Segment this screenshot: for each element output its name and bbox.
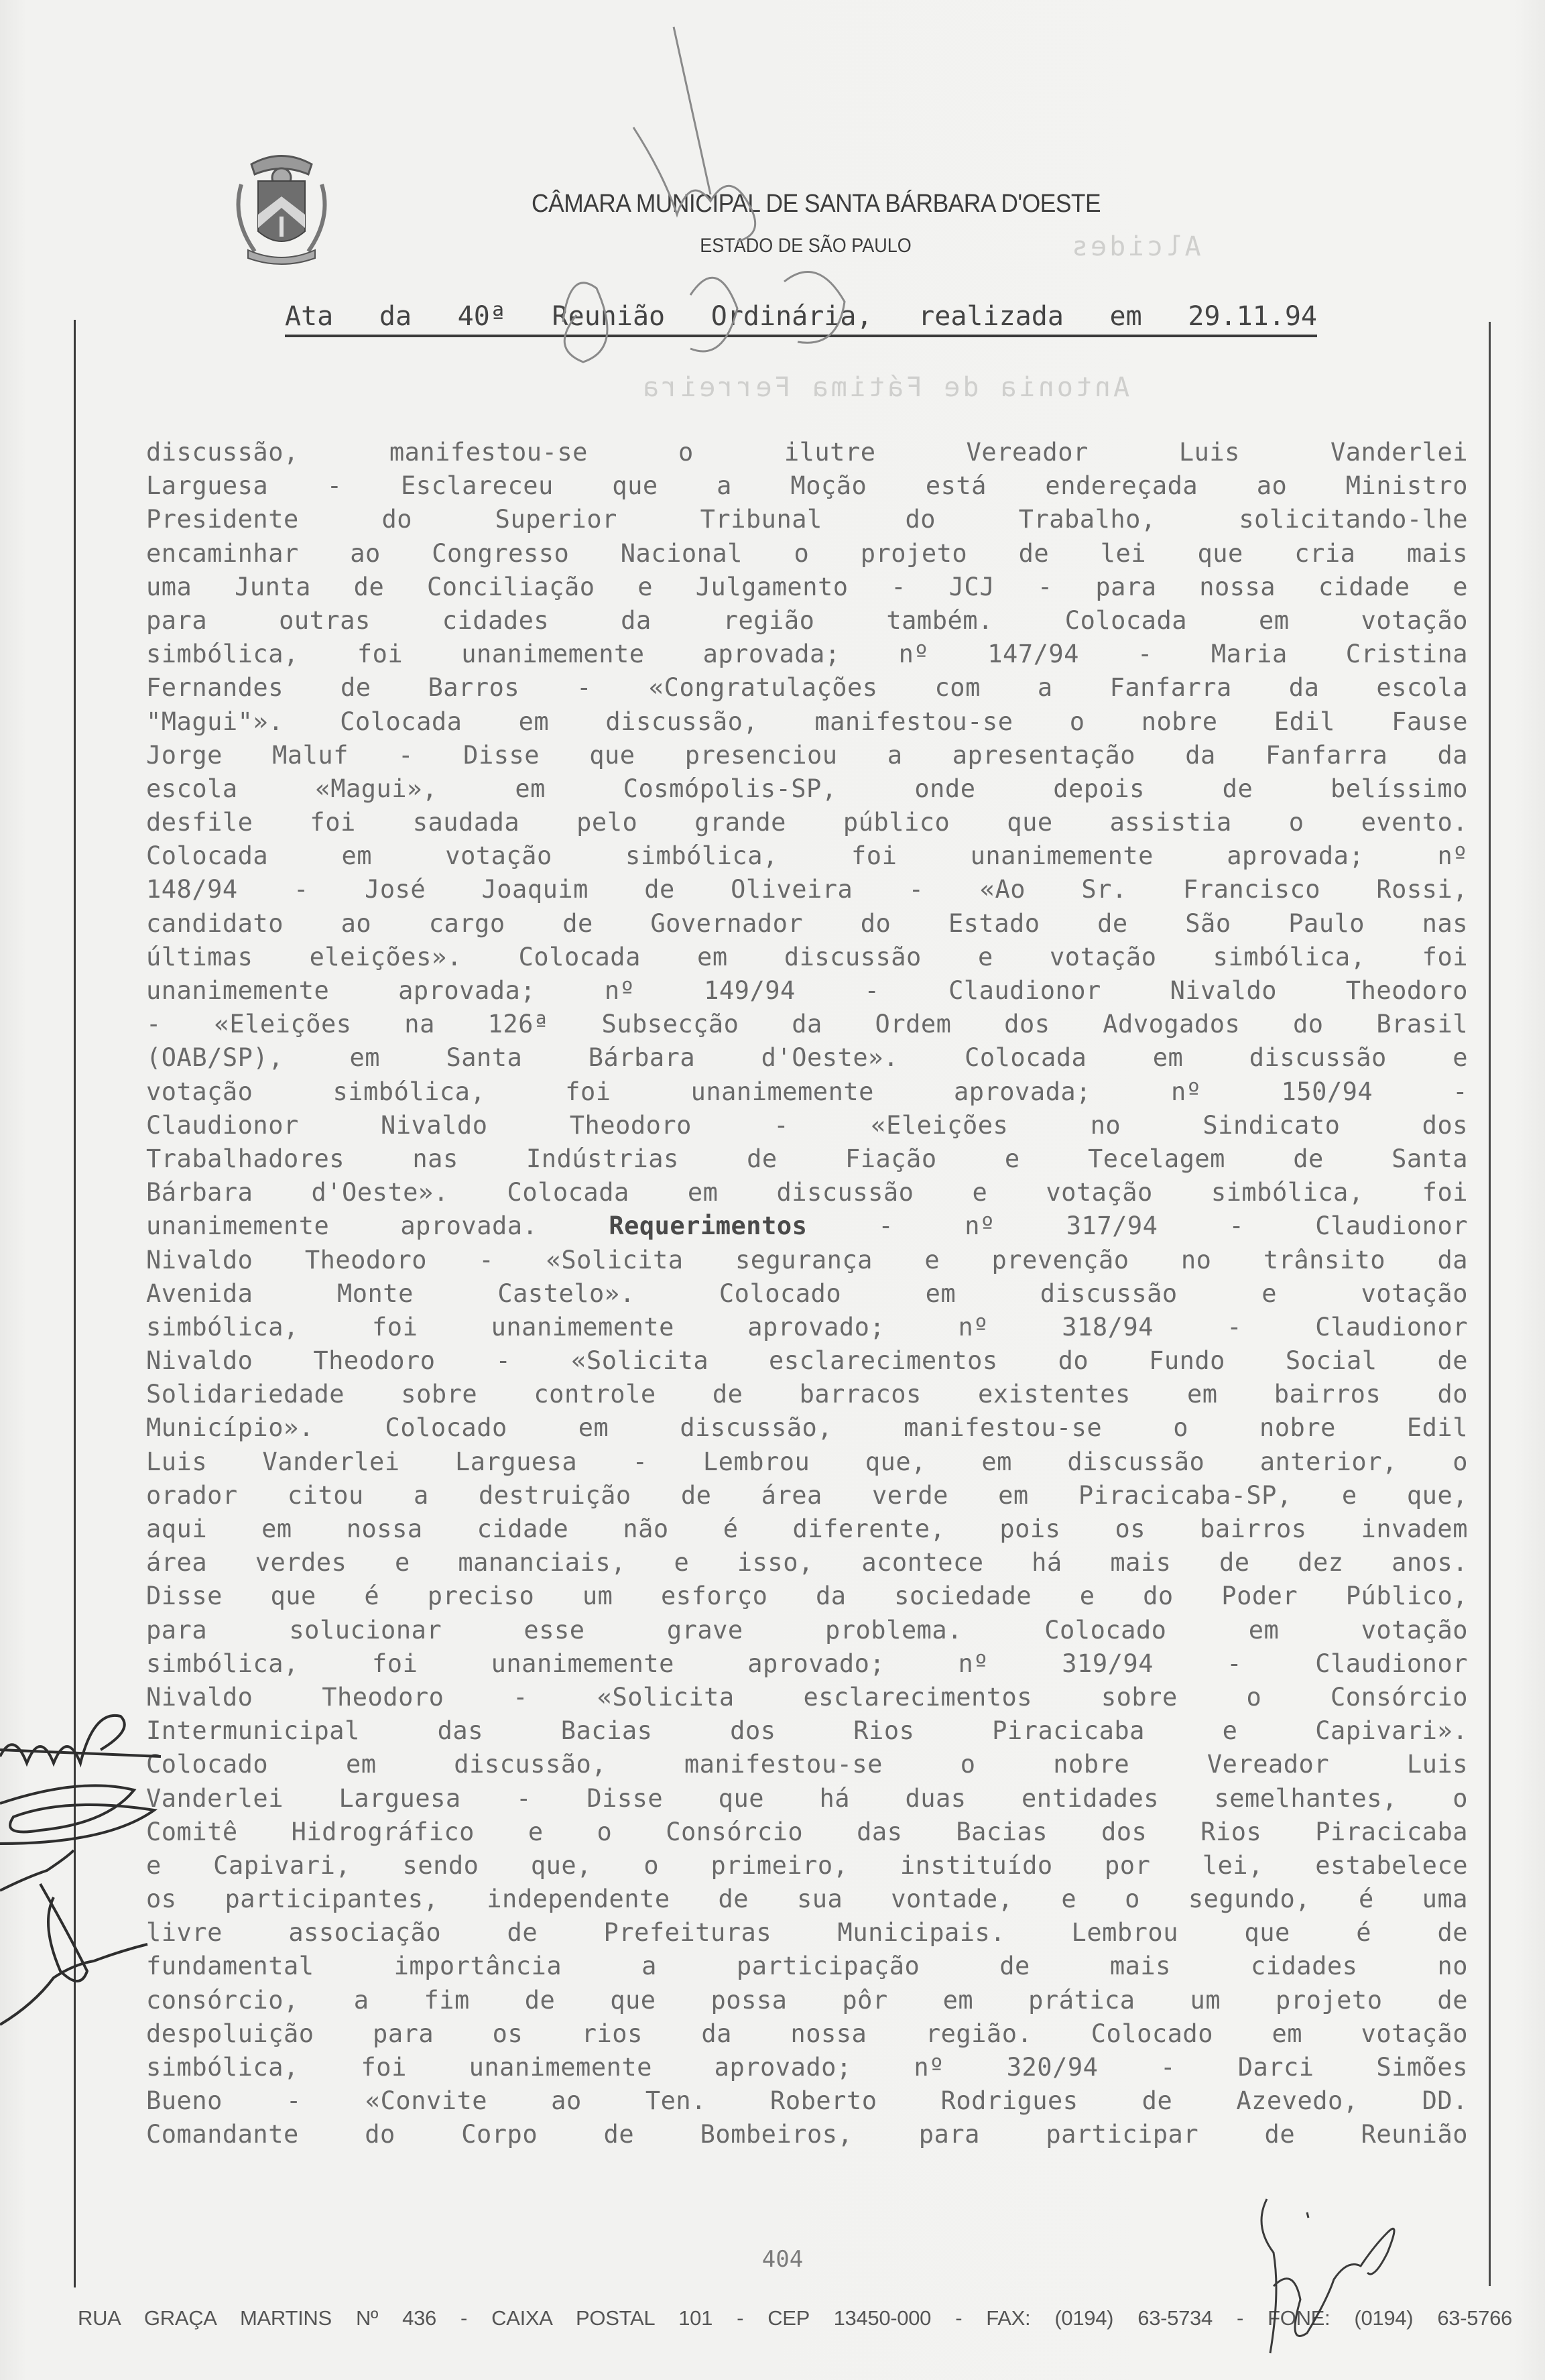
minutes-line: Intermunicipal das Bacias dos Rios Pirac… xyxy=(146,1714,1468,1748)
minutes-line: livre associação de Prefeituras Municipa… xyxy=(146,1916,1468,1950)
minutes-line: orador citou a destruição de área verde … xyxy=(146,1479,1468,1512)
minutes-line: Colocada em votação simbólica, foi unani… xyxy=(146,839,1468,873)
minutes-line: unanimemente aprovada; nº 149/94 - Claud… xyxy=(146,974,1468,1008)
minutes-line: para solucionar esse grave problema. Col… xyxy=(146,1614,1468,1647)
title-underline xyxy=(285,335,1317,337)
minutes-line: Nivaldo Theodoro - «Solicita segurança e… xyxy=(146,1244,1468,1277)
minutes-line: para outras cidades da região também. Co… xyxy=(146,604,1468,638)
bleed-through-name: Antonia de Fátima Ferreira xyxy=(640,372,1129,403)
minutes-line: fundamental importância a participação d… xyxy=(146,1950,1468,1983)
minutes-line: consórcio, a fim de que possa pôr em prá… xyxy=(146,1984,1468,2017)
minutes-line: Vanderlei Larguesa - Disse que há duas e… xyxy=(146,1782,1468,1816)
minutes-line: simbólica, foi unanimemente aprovada; nº… xyxy=(146,638,1468,671)
minutes-line: Fernandes de Barros - «Congratulações co… xyxy=(146,671,1468,705)
minutes-line: simbólica, foi unanimemente aprovado; nº… xyxy=(146,2051,1468,2084)
footer-address: RUA GRAÇA MARTINS Nº 436 - CAIXA POSTAL … xyxy=(78,2306,1512,2330)
minutes-line: Claudionor Nivaldo Theodoro - «Eleições … xyxy=(146,1109,1468,1142)
minutes-line: Presidente do Superior Tribunal do Traba… xyxy=(146,503,1468,536)
minutes-line: Avenida Monte Castelo». Colocado em disc… xyxy=(146,1277,1468,1311)
minutes-line: Larguesa - Esclareceu que a Moção está e… xyxy=(146,469,1468,503)
minutes-line: escola «Magui», em Cosmópolis-SP, onde d… xyxy=(146,772,1468,806)
minutes-line: área verdes e mananciais, e isso, aconte… xyxy=(146,1546,1468,1580)
page-number: 404 xyxy=(0,2246,1545,2273)
minutes-line: votação simbólica, foi unanimemente apro… xyxy=(146,1075,1468,1109)
minutes-line: 148/94 - José Joaquim de Oliveira - «Ao … xyxy=(146,873,1468,906)
minutes-line: Colocado em discussão, manifestou-se o n… xyxy=(146,1748,1468,1781)
minutes-line: Nivaldo Theodoro - «Solicita esclarecime… xyxy=(146,1681,1468,1714)
minutes-line: simbólica, foi unanimemente aprovado; nº… xyxy=(146,1311,1468,1344)
right-margin-rule xyxy=(1489,322,1491,2286)
minutes-line: Nivaldo Theodoro - «Solicita esclarecime… xyxy=(146,1344,1468,1378)
minutes-line: Bueno - «Convite ao Ten. Roberto Rodrigu… xyxy=(146,2084,1468,2118)
minutes-body: discussão, manifestou-se o ilutre Veread… xyxy=(146,436,1468,2152)
minutes-line: candidato ao cargo de Governador do Esta… xyxy=(146,907,1468,941)
minutes-line: aqui em nossa cidade não é diferente, po… xyxy=(146,1512,1468,1546)
minutes-line: despoluição para os rios da nossa região… xyxy=(146,2017,1468,2051)
minutes-line: discussão, manifestou-se o ilutre Veread… xyxy=(146,436,1468,469)
minutes-line: Trabalhadores nas Indústrias de Fiação e… xyxy=(146,1142,1468,1176)
document-title: Ata da 40ª Reunião Ordinária, realizada … xyxy=(285,300,1317,333)
minutes-line: os participantes, independente de sua vo… xyxy=(146,1883,1468,1916)
minutes-line: encaminhar ao Congresso Nacional o proje… xyxy=(146,537,1468,571)
minutes-line: últimas eleições». Colocada em discussão… xyxy=(146,941,1468,974)
minutes-line: Comitê Hidrográfico e o Consórcio das Ba… xyxy=(146,1816,1468,1849)
minutes-line: e Capivari, sendo que, o primeiro, insti… xyxy=(146,1849,1468,1883)
minutes-line: unanimemente aprovada. Requerimentos - n… xyxy=(146,1209,1468,1243)
minutes-line: Solidariedade sobre controle de barracos… xyxy=(146,1378,1468,1411)
minutes-line: Jorge Maluf - Disse que presenciou a apr… xyxy=(146,739,1468,772)
minutes-line: Município». Colocado em discussão, manif… xyxy=(146,1411,1468,1445)
minutes-line: uma Junta de Conciliação e Julgamento - … xyxy=(146,571,1468,604)
minutes-line: Comandante do Corpo de Bombeiros, para p… xyxy=(146,2118,1468,2151)
minutes-line: simbólica, foi unanimemente aprovado; nº… xyxy=(146,1647,1468,1681)
institution-name: CÂMARA MUNICIPAL DE SANTA BÁRBARA D'OEST… xyxy=(54,190,1491,219)
minutes-line: "Magui"». Colocada em discussão, manifes… xyxy=(146,705,1468,739)
left-margin-rule xyxy=(74,320,76,2287)
minutes-line: Bárbara d'Oeste». Colocada em discussão … xyxy=(146,1176,1468,1209)
section-heading: Requerimentos xyxy=(609,1211,807,1240)
minutes-line: Luis Vanderlei Larguesa - Lembrou que, e… xyxy=(146,1445,1468,1479)
minutes-line: (OAB/SP), em Santa Bárbara d'Oeste». Col… xyxy=(146,1041,1468,1075)
minutes-line: desfile foi saudada pelo grande público … xyxy=(146,806,1468,839)
state-name: ESTADO DE SÃO PAULO xyxy=(77,235,1468,257)
minutes-line: Disse que é preciso um esforço da socied… xyxy=(146,1580,1468,1613)
minutes-line: - «Eleições na 126ª Subsecção da Ordem d… xyxy=(146,1008,1468,1041)
